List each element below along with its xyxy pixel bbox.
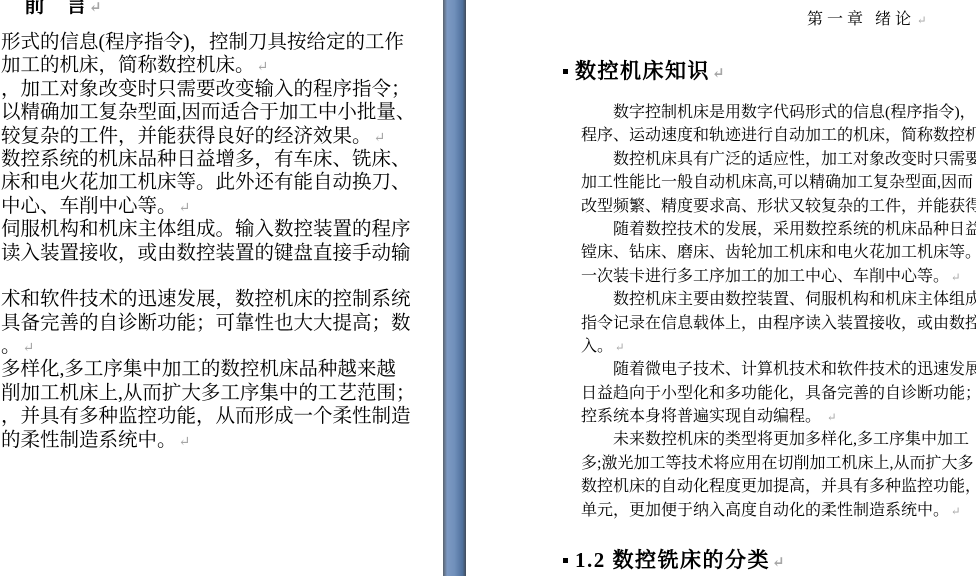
chapter-header-text: 第一章 绪论 <box>807 11 915 28</box>
text-line: 指令记录在信息载体上，由程序读入装置接收，或由数控 <box>581 312 976 335</box>
text-line: 单元，更加便于纳入高度自动化的柔性制造系统中。↵ <box>581 499 976 522</box>
text-line: ，加工对象改变时只需要改变输入的程序指令； <box>1 78 415 101</box>
text-line: 随着数控技术的发展，采用数控系统的机床品种日益 <box>581 218 976 241</box>
text-line: 削加工机床上,从而扩大多工序集中的工艺范围； <box>1 382 415 405</box>
text-line: 中心、车削中心等。↵ <box>1 195 415 218</box>
text-line: 程序、运动速度和轨迹进行自动加工的机床，简称数控机 <box>581 124 976 147</box>
text-line <box>1 265 415 288</box>
outline-bullet-icon <box>563 558 568 563</box>
text-line: 数控机床具有广泛的适应性，加工对象改变时只需要 <box>581 148 976 171</box>
paragraph-mark: ↵ <box>770 555 786 571</box>
text-line: 读入装置接收，或由数控装置的键盘直接手动输 <box>1 242 415 265</box>
text-line: 以精确加工复杂型面,因而适合于加工中小批量、 <box>1 101 415 124</box>
text-line: 加工的机床，简称数控机床。↵ <box>1 54 415 77</box>
text-line: 控系统本身将普遍实现自动编程。 ↵ <box>581 405 976 428</box>
paragraph-mark: ↵ <box>87 0 102 16</box>
paragraph-mark: ↵ <box>949 272 961 284</box>
paragraph-mark: ↵ <box>915 15 931 27</box>
section-heading-cnc-knowledge: 数控机床知识↵ <box>563 55 726 85</box>
text-line: 床和电火花加工机床等。此外还有能自动换刀、 <box>1 171 415 194</box>
foreword-heading: 前 言↵ <box>24 0 102 19</box>
text-line: 加工性能比一般自动机床高,可以精确加工复杂型面,因而 <box>581 171 976 194</box>
paragraph-mark: ↵ <box>613 342 625 354</box>
left-page-body: 形式的信息(程序指令)，控制刀具按给定的工作加工的机床，简称数控机床。↵，加工对… <box>1 31 415 452</box>
text-line: 日益趋向于小型化和多功能化，具备完善的自诊断功能； <box>581 382 976 405</box>
text-line: 术和软件技术的迅速发展，数控机床的控制系统 <box>1 288 415 311</box>
section-heading-mill-classification: 1.2 数控铣床的分类↵ <box>563 544 786 574</box>
split-divider[interactable] <box>443 0 466 576</box>
document-view: 前 言↵ 形式的信息(程序指令)，控制刀具按给定的工作加工的机床，简称数控机床。… <box>0 0 976 576</box>
text-line: 具备完善的自诊断功能；可靠性也大大提高；数 <box>1 312 415 335</box>
left-page[interactable]: 前 言↵ 形式的信息(程序指令)，控制刀具按给定的工作加工的机床，简称数控机床。… <box>0 0 443 576</box>
text-line: 数控机床的自动化程度更加提高，并具有多种监控功能， <box>581 475 976 498</box>
paragraph-mark: ↵ <box>949 506 961 518</box>
right-page-body: 数字控制机床是用数字代码形式的信息(程序指令)，程序、运动速度和轨迹进行自动加工… <box>581 101 976 522</box>
paragraph-mark: ↵ <box>177 200 191 216</box>
right-page[interactable]: 第一章 绪论↵ 数控机床知识↵ 数字控制机床是用数字代码形式的信息(程序指令)，… <box>466 0 976 576</box>
text-line: 多;激光加工等技术将应用在切削加工机床上,从而扩大多 <box>581 452 976 475</box>
text-line: 多样化,多工序集中加工的数控机床品种越来越 <box>1 358 415 381</box>
outline-bullet-icon <box>563 69 568 74</box>
section-heading-text: 数控机床知识 <box>575 59 710 83</box>
text-line: 改型频繁、精度要求高、形状又较复杂的工件，并能获得 <box>581 195 976 218</box>
paragraph-mark: ↵ <box>372 130 386 146</box>
text-line: 数控系统的机床品种日益增多，有车床、铣床、 <box>1 148 415 171</box>
paragraph-mark: ↵ <box>177 434 191 450</box>
paragraph-mark: ↵ <box>21 340 35 356</box>
text-line: 数控机床主要由数控装置、伺服机构和机床主体组成 <box>581 288 976 311</box>
text-line: 较复杂的工件，并能获得良好的经济效果。↵ <box>1 125 415 148</box>
paragraph-mark: ↵ <box>255 59 269 75</box>
paragraph-mark: ↵ <box>710 66 726 82</box>
foreword-heading-text: 前 言 <box>24 0 87 17</box>
text-line: 伺服机构和机床主体组成。输入数控装置的程序 <box>1 218 415 241</box>
text-line: 入。↵ <box>581 335 976 358</box>
text-line: 形式的信息(程序指令)，控制刀具按给定的工作 <box>1 31 415 54</box>
chapter-header: 第一章 绪论↵ <box>807 6 931 29</box>
section-heading-text: 1.2 数控铣床的分类 <box>575 548 770 572</box>
text-line: 镗床、钻床、磨床、齿轮加工机床和电火花加工机床等。 <box>581 241 976 264</box>
paragraph-mark: ↵ <box>825 412 837 424</box>
text-line: ，并具有多种监控功能，从而形成一个柔性制造 <box>1 405 415 428</box>
text-line: 一次装卡进行多工序加工的加工中心、车削中心等。↵ <box>581 265 976 288</box>
text-line: 数字控制机床是用数字代码形式的信息(程序指令)， <box>581 101 976 124</box>
text-line: 随着微电子技术、计算机技术和软件技术的迅速发展 <box>581 358 976 381</box>
text-line: 的柔性制造系统中。↵ <box>1 429 415 452</box>
text-line: 未来数控机床的类型将更加多样化,多工序集中加工 <box>581 428 976 451</box>
text-line: 。↵ <box>1 335 415 358</box>
